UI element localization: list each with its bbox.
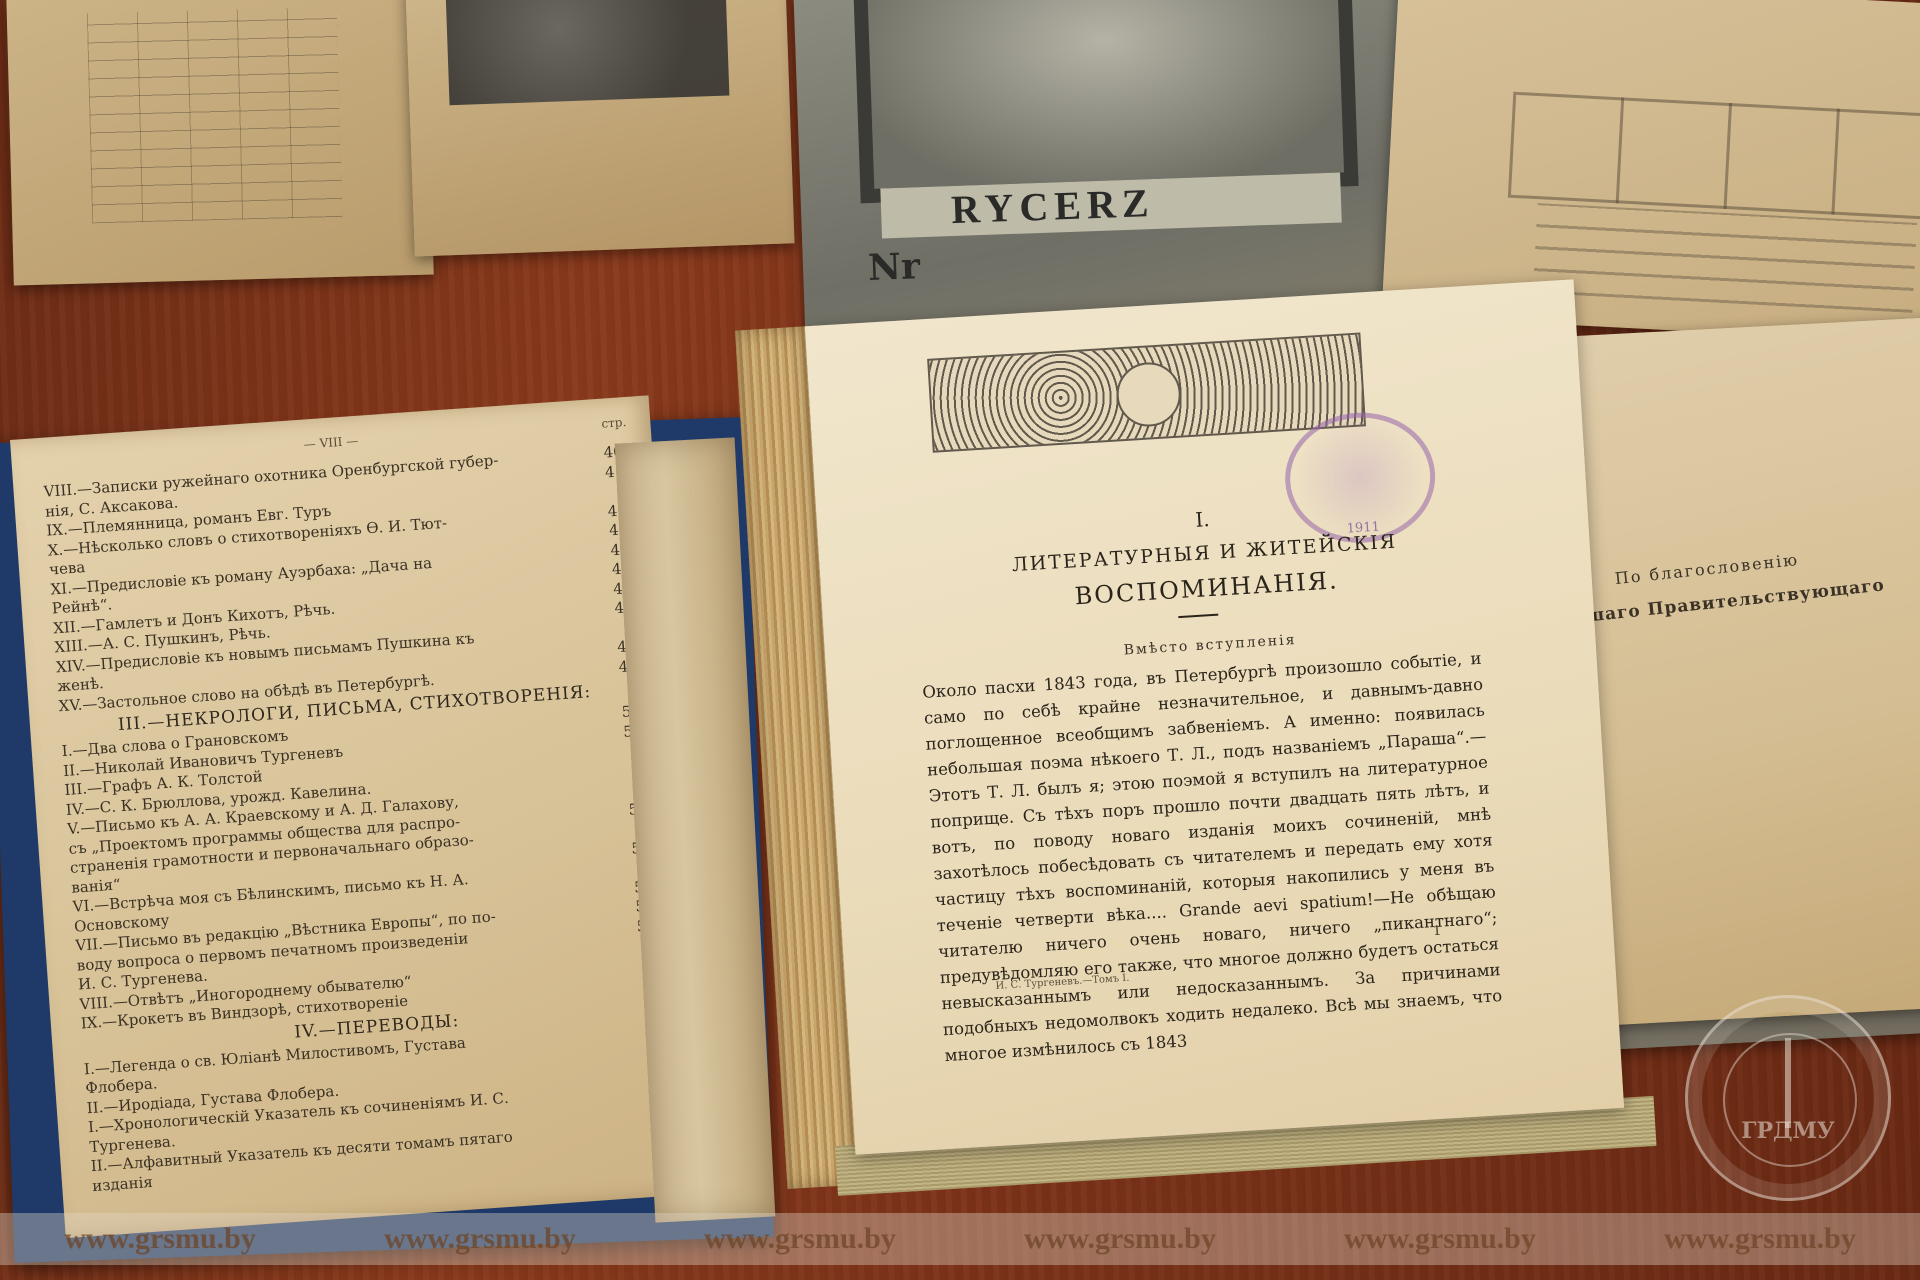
seal-abbreviation: ГРДМУ (1688, 1118, 1888, 1144)
table-of-contents-page: — VIII — стр. VIII.—Записки ружейнаго ох… (10, 395, 704, 1238)
watermark-text: www.grsmu.by (1344, 1222, 1536, 1256)
university-seal-watermark: ГРДМУ (1685, 995, 1891, 1201)
folio-number: 1 (1433, 924, 1442, 939)
ornamental-headpiece (927, 332, 1366, 452)
headpiece-face (1115, 361, 1183, 429)
toc-list: VIII.—Записки ружейнаго охотника Оренбур… (43, 442, 681, 1196)
watermark-text: www.grsmu.by (704, 1222, 896, 1256)
watermark-text: www.grsmu.by (1024, 1222, 1216, 1256)
title-rule (1178, 614, 1218, 618)
watermark-text: www.grsmu.by (64, 1222, 256, 1256)
engraving-image (445, 0, 729, 105)
chapter-page: 1911 I. ЛИТЕРАТУРНЫЯ И ЖИТЕЙСКІЯ ВОСПОМИ… (805, 279, 1624, 1154)
page-column-label: стр. (601, 415, 627, 431)
watermark-band: www.grsmu.by www.grsmu.by www.grsmu.by w… (0, 1213, 1920, 1265)
watermark-text: www.grsmu.by (1664, 1222, 1856, 1256)
body-text: Около пасхи 1843 года, въ Петербургѣ про… (922, 646, 1505, 1069)
old-document-top-left (6, 0, 433, 285)
old-magazine-top (405, 0, 794, 257)
printed-table (87, 7, 342, 223)
magazine-cover-illustration (853, 0, 1358, 203)
asclepius-staff-icon (1785, 1038, 1791, 1128)
form-table (1508, 92, 1920, 220)
watermark-text: www.grsmu.by (384, 1222, 576, 1256)
open-book-right: 1911 I. ЛИТЕРАТУРНЫЯ И ЖИТЕЙСКІЯ ВОСПОМИ… (745, 276, 1677, 1208)
magazine-number: Nr (867, 245, 920, 289)
magazine-title: RYCERZ (950, 179, 1155, 233)
